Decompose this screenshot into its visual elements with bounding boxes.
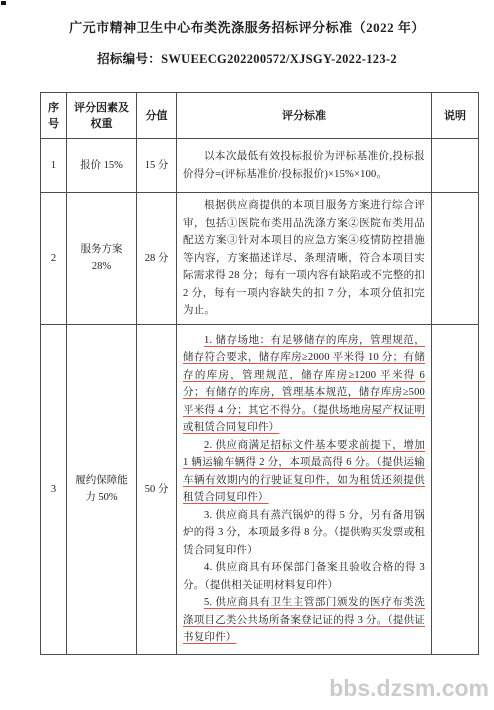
row-factor: 履约保障能力 50% — [67, 324, 137, 654]
col-header-no: 序号 — [41, 93, 67, 139]
bid-number: 招标编号：SWUEECG202200572/XJSGY-2022-123-2 — [0, 49, 494, 67]
table-header-row: 序号 评分因素及权重 分值 评分标准 说明 — [41, 93, 479, 139]
row-no: 2 — [41, 193, 67, 325]
watermark: bbs.dzsm.com — [329, 675, 489, 702]
col-header-factor: 评分因素及权重 — [67, 93, 137, 139]
table-row: 3 履约保障能力 50% 50 分 1. 储存场地：有足够储存的库房，管理规范，… — [41, 324, 479, 654]
table-row: 2 服务方案 28% 28 分 根据供应商提供的本项目服务方案进行综合评审，包括… — [41, 193, 479, 325]
criteria-paragraph: 1. 储存场地：有足够储存的库房，管理规范，储存符合要求，储存库房≥2000 平… — [183, 332, 425, 437]
criteria-paragraph: 2. 供应商满足招标文件基本要求前提下，增加 1 辆运输车辆得 2 分，本项最高… — [183, 437, 425, 507]
row-note — [432, 139, 479, 193]
row-no: 3 — [41, 324, 67, 654]
criteria-paragraph: 5. 供应商具有卫生主管部门颁发的医疗布类洗涤项目乙类公共场所备案登记证的得 3… — [183, 594, 425, 647]
col-header-criteria: 评分标准 — [177, 93, 432, 139]
criteria-paragraph: 3. 供应商具有蒸汽锅炉的得 5 分，另有备用锅炉的得 3 分，本项最多得 8 … — [183, 507, 425, 560]
row-note — [432, 193, 479, 325]
row-factor: 报价 15% — [67, 139, 137, 193]
row-factor: 服务方案 28% — [67, 193, 137, 325]
row-criteria: 根据供应商提供的本项目服务方案进行综合评审，包括①医院布类用品洗涤方案②医院布类… — [177, 193, 432, 325]
row-score: 28 分 — [137, 193, 177, 325]
criteria-paragraph: 根据供应商提供的本项目服务方案进行综合评审，包括①医院布类用品洗涤方案②医院布类… — [183, 197, 425, 320]
row-score: 50 分 — [137, 324, 177, 654]
scoring-table: 序号 评分因素及权重 分值 评分标准 说明 1 报价 15% 15 分 以本次最… — [40, 92, 479, 655]
table-row: 1 报价 15% 15 分 以本次最低有效投标报价为评标基准价,投标报价得分=(… — [41, 139, 479, 193]
row-criteria: 以本次最低有效投标报价为评标基准价,投标报价得分=(评标基准价/投标报价)×15… — [177, 139, 432, 193]
criteria-paragraph: 4. 供应商具有环保部门备案且验收合格的得 3 分。（提供相关证明材料复印件） — [183, 559, 425, 594]
row-note — [432, 324, 479, 654]
col-header-score: 分值 — [137, 93, 177, 139]
row-no: 1 — [41, 139, 67, 193]
col-header-note: 说明 — [432, 93, 479, 139]
document-page: 广元市精神卫生中心布类洗涤服务招标评分标准（2022 年） 招标编号：SWUEE… — [0, 0, 494, 710]
row-score: 15 分 — [137, 139, 177, 193]
row-criteria: 1. 储存场地：有足够储存的库房，管理规范，储存符合要求，储存库房≥2000 平… — [177, 324, 432, 654]
scan-artifact — [1, 1, 6, 5]
page-title: 广元市精神卫生中心布类洗涤服务招标评分标准（2022 年） — [0, 0, 494, 36]
criteria-paragraph: 以本次最低有效投标报价为评标基准价,投标报价得分=(评标基准价/投标报价)×15… — [183, 148, 425, 183]
